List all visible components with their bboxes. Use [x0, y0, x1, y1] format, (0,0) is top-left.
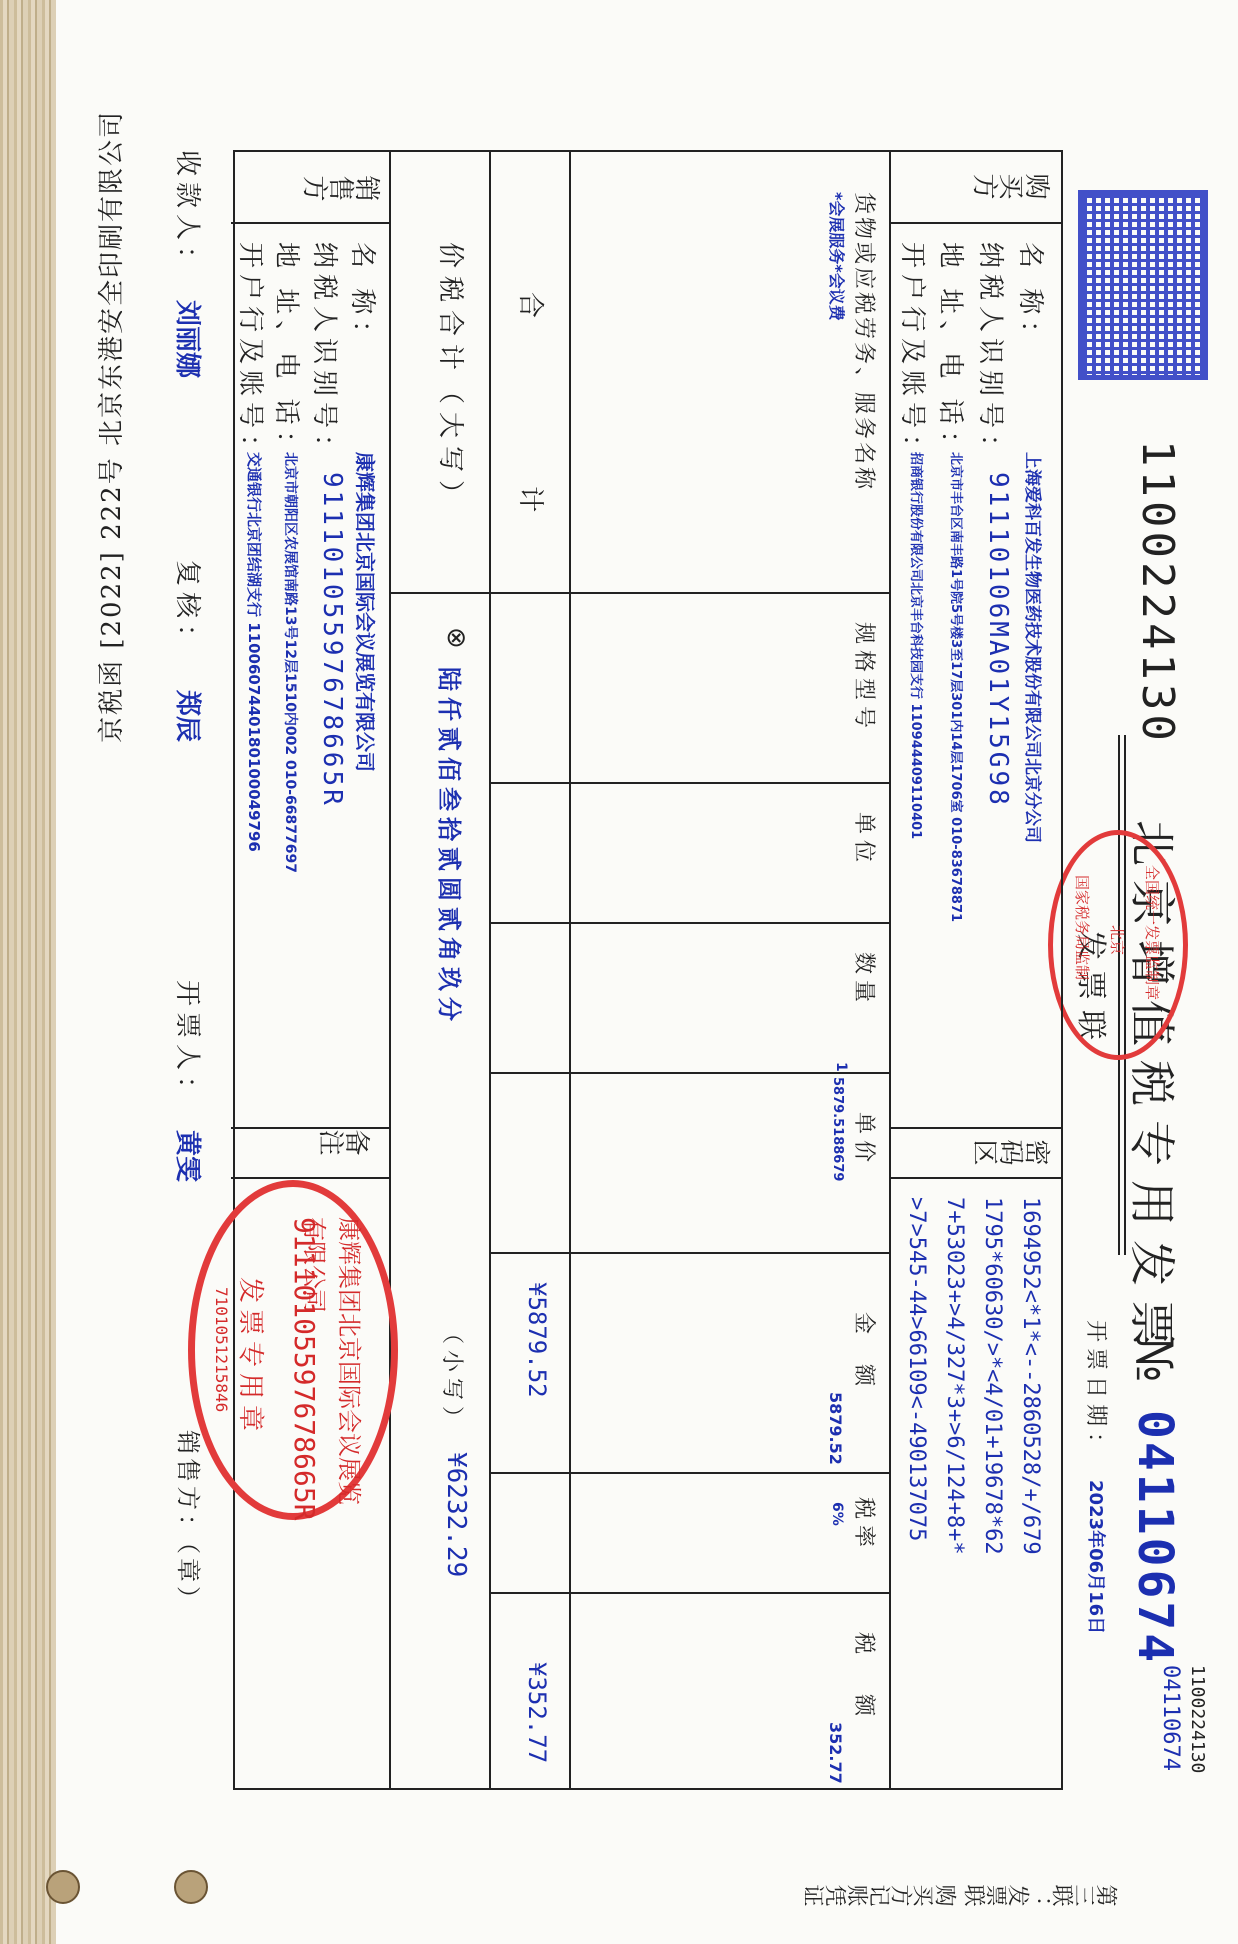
grand-total-small: ¥6232.29	[441, 1452, 471, 1577]
seller-taxid-label: 纳税人识别号：	[308, 242, 345, 466]
grand-total-words: 陆仟贰佰叁拾贰圆贰角玖分	[434, 667, 469, 1027]
reviewer: 郑辰	[171, 690, 208, 742]
col-spec: 规格型号	[850, 622, 881, 734]
col-tax: 税额	[850, 1632, 881, 1756]
invoice-number-small: 04110674	[1158, 1665, 1183, 1771]
remarks-label: 备注	[319, 1135, 371, 1175]
buyer-section-label: 购买方	[973, 170, 1051, 210]
seller-name-label: 名 称：	[346, 242, 383, 352]
seller-taxid: 91110105597678665R	[317, 472, 347, 808]
col-price: 单价	[850, 1112, 881, 1168]
invoice-rotated-canvas: 1100224130 北京增值税专用发票 发票联 全国统一发票监制章 北京 国家…	[56, 0, 1238, 1944]
total-amount: ¥5879.52	[523, 1282, 551, 1398]
no-symbol: №	[1125, 1335, 1183, 1382]
cancel-circle-icon: ⊗	[441, 627, 471, 649]
printer-note: 京税函 [2022] 222号 北京东港安全印刷有限公司	[91, 110, 128, 743]
grand-total-label: 价税合计（大写）	[434, 242, 471, 514]
seller-stamp: 康辉集团北京国际会议展览有限公司 91110105597678665R 发票专用…	[188, 1180, 398, 1520]
buyer-taxid: 91110106MA01Y15G98	[983, 472, 1013, 808]
supervision-stamp: 全国统一发票监制章 北京 国家税务局监制	[1048, 830, 1188, 1060]
buyer-address: 北京市丰台区南丰路1号院5号楼3至17层301内14层1706室 010-836…	[948, 452, 967, 922]
col-rate: 税率	[850, 1497, 881, 1553]
seller-bank-label: 开户行及账号：	[234, 242, 271, 466]
col-item-name: 货物或应税劳务、服务名称	[850, 192, 881, 492]
buyer-name: 上海爱科百发生物医药技术股份有限公司北京分公司	[1022, 452, 1047, 843]
invoice-number: 04110674	[1127, 1410, 1183, 1665]
perforation-holes	[48, 0, 88, 1944]
seller-section-label: 销售方	[303, 170, 381, 210]
col-qty: 数量	[850, 952, 881, 1008]
qr-code	[1078, 190, 1208, 380]
seller-name: 康辉集团北京国际会议展览有限公司	[352, 452, 381, 772]
buyer-address-label: 地 址、电 话：	[934, 242, 971, 463]
cipher-label: 密码区	[973, 1135, 1051, 1175]
issue-date-label: 开票日期：	[1082, 1320, 1113, 1460]
seller-address-label: 地 址、电 话：	[270, 242, 307, 463]
payee-label: 收款人：	[171, 150, 208, 278]
issuer-label: 开票人：	[171, 980, 208, 1108]
cipher-text: 1694952<*1*<--2860528/+/679 1795*60630/>…	[897, 1197, 1049, 1555]
copy-label: 第三联：发票联 购买方记账凭证	[803, 1800, 1118, 1910]
total-label: 合 计	[514, 292, 551, 592]
buyer-name-label: 名 称：	[1014, 242, 1051, 352]
issue-date: 2023年06月16日	[1084, 1480, 1110, 1634]
grand-total-small-label: （小写）	[438, 1322, 469, 1434]
buyer-bank-label: 开户行及账号：	[896, 242, 933, 466]
invoice-code-small: 1100224130	[1187, 1665, 1208, 1773]
buyer-taxid-label: 纳税人识别号：	[974, 242, 1011, 466]
col-amount: 金额	[850, 1312, 881, 1416]
seller-bank: 交通银行北京团结湖支行 110060744018010004979​6	[244, 452, 265, 852]
buyer-bank: 招商银行股份有限公司北京丰台科技园支行 110944409110401	[908, 452, 927, 839]
total-tax: ¥352.77	[523, 1662, 551, 1763]
seller-address: 北京市朝阳区农展馆南路13号12层1510内002 010-66877697	[281, 452, 301, 873]
invoice-code: 1100224130	[1132, 440, 1183, 745]
issuer: 黄雯	[171, 1130, 208, 1182]
seller-mark: 销售方：（章）	[173, 1430, 208, 1614]
col-unit: 单位	[850, 812, 881, 868]
invoice-table: 购买方 名 称： 上海爱科百发生物医药技术股份有限公司北京分公司 纳税人识别号：…	[233, 150, 1063, 1790]
reviewer-label: 复核：	[171, 560, 208, 656]
payee: 刘丽娜	[171, 300, 208, 378]
